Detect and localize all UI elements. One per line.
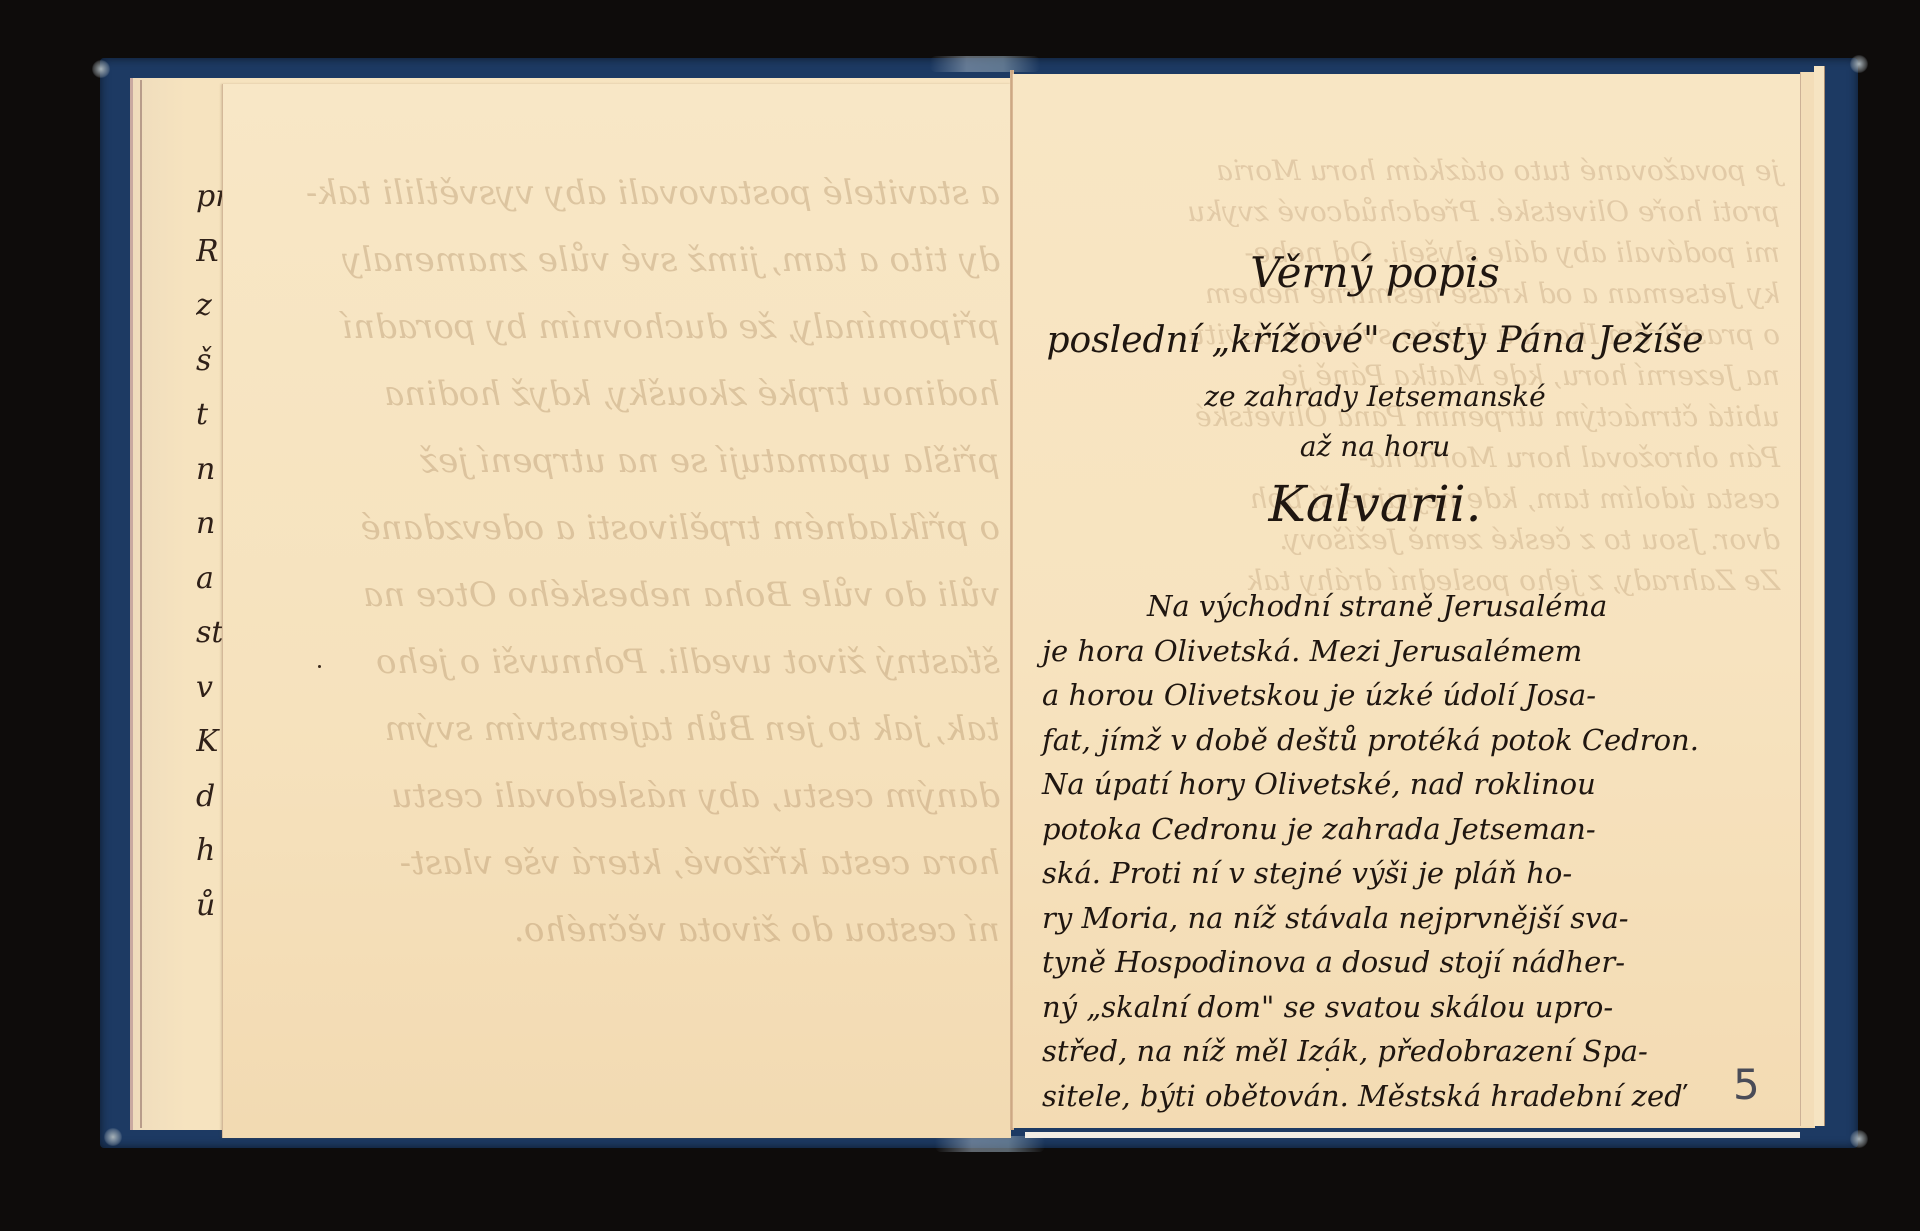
spine-wear-bottom	[935, 1136, 1045, 1152]
bleed-line: je považované tuto otázkám horu Moria	[1040, 150, 1780, 191]
bleed-line: ní cestou do života věčného.	[280, 897, 1000, 964]
bleed-line: připomínaly, že duchovním by poradní	[280, 294, 1000, 361]
body-line: ry Moria, na níž stávala nejprvnější sva…	[1042, 896, 1722, 941]
left-page-edge	[140, 80, 142, 1128]
ink-dot	[1326, 1068, 1329, 1071]
bleed-line: a stavitelé postavovali aby vysvětlili t…	[280, 160, 1000, 227]
page-number: 5	[1733, 1060, 1760, 1109]
bleed-line: proti hoře Olivetské. Předchůdcové zvyku	[1040, 191, 1780, 232]
bleed-line: hora cesta křížové, která vše vlast-	[280, 830, 1000, 897]
body-line: ská. Proti ní v stejné výši je pláň ho-	[1042, 851, 1722, 896]
body-line: fat, jímž v době deštů protéká potok Ced…	[1042, 718, 1722, 763]
bleed-line: přišla upamatují se na utrpení jež	[280, 428, 1000, 495]
body-line: sitele, býti obětován. Městská hradební …	[1042, 1074, 1722, 1119]
bleed-line: tak, jak to jen Bůh tajemstvím svým	[280, 696, 1000, 763]
right-page-bleed-through: je považované tuto otázkám horu Moria pr…	[1040, 150, 1780, 601]
right-page-edge	[1814, 66, 1825, 1126]
body-line: tyně Hospodinova a dosud stojí nádher-	[1042, 940, 1722, 985]
body-paragraph: Na východní straně Jerusaléma je hora Ol…	[1042, 584, 1722, 1118]
body-line: střed, na níž měl Izák, předobrazení Spa…	[1042, 1029, 1722, 1074]
left-page-bleed-through: a stavitelé postavovali aby vysvětlili t…	[280, 160, 1000, 964]
body-line: a horou Olivetskou je úzké údolí Josa-	[1042, 673, 1722, 718]
bleed-line: daným cestu, aby následovali cestu	[280, 763, 1000, 830]
body-line: ný „skalní dom" se svatou skálou upro-	[1042, 985, 1722, 1030]
bleed-line: šťastný život uvedli. Pohnuvši o jeho	[280, 629, 1000, 696]
bleed-line: o příkladném trpělivosti a odevzdané	[280, 495, 1000, 562]
ink-dot	[318, 665, 321, 668]
page-bottom-edge	[1025, 1132, 1800, 1138]
title-line-4: až na horu	[1040, 430, 1710, 463]
bleed-line: dy tito a tam, jimž své vůle znamenaly	[280, 227, 1000, 294]
cover-corner-wear	[1850, 1130, 1868, 1148]
title-line-1: Věrný popis	[1040, 248, 1710, 297]
cover-corner-wear	[1850, 55, 1868, 73]
cover-corner-wear	[104, 1128, 122, 1146]
cover-corner-wear	[92, 60, 110, 78]
body-line: potoka Cedronu je zahrada Jetseman-	[1042, 807, 1722, 852]
bleed-line: hodinou trpké zkoušky, když hodina	[280, 361, 1000, 428]
body-line: Na východní straně Jerusaléma	[1042, 584, 1722, 629]
title-line-5: Kalvarii.	[1040, 475, 1710, 533]
body-line: Na úpatí hory Olivetské, nad roklinou	[1042, 762, 1722, 807]
body-line: je hora Olivetská. Mezi Jerusalémem	[1042, 629, 1722, 674]
bleed-line: vůli do vůle Boha nebeského Otce na	[280, 562, 1000, 629]
title-line-2: poslední „křížové" cesty Pána Ježíše	[1040, 320, 1710, 361]
spine-wear-top	[930, 56, 1040, 72]
title-line-3: ze zahrady Ietsemanské	[1040, 380, 1710, 413]
